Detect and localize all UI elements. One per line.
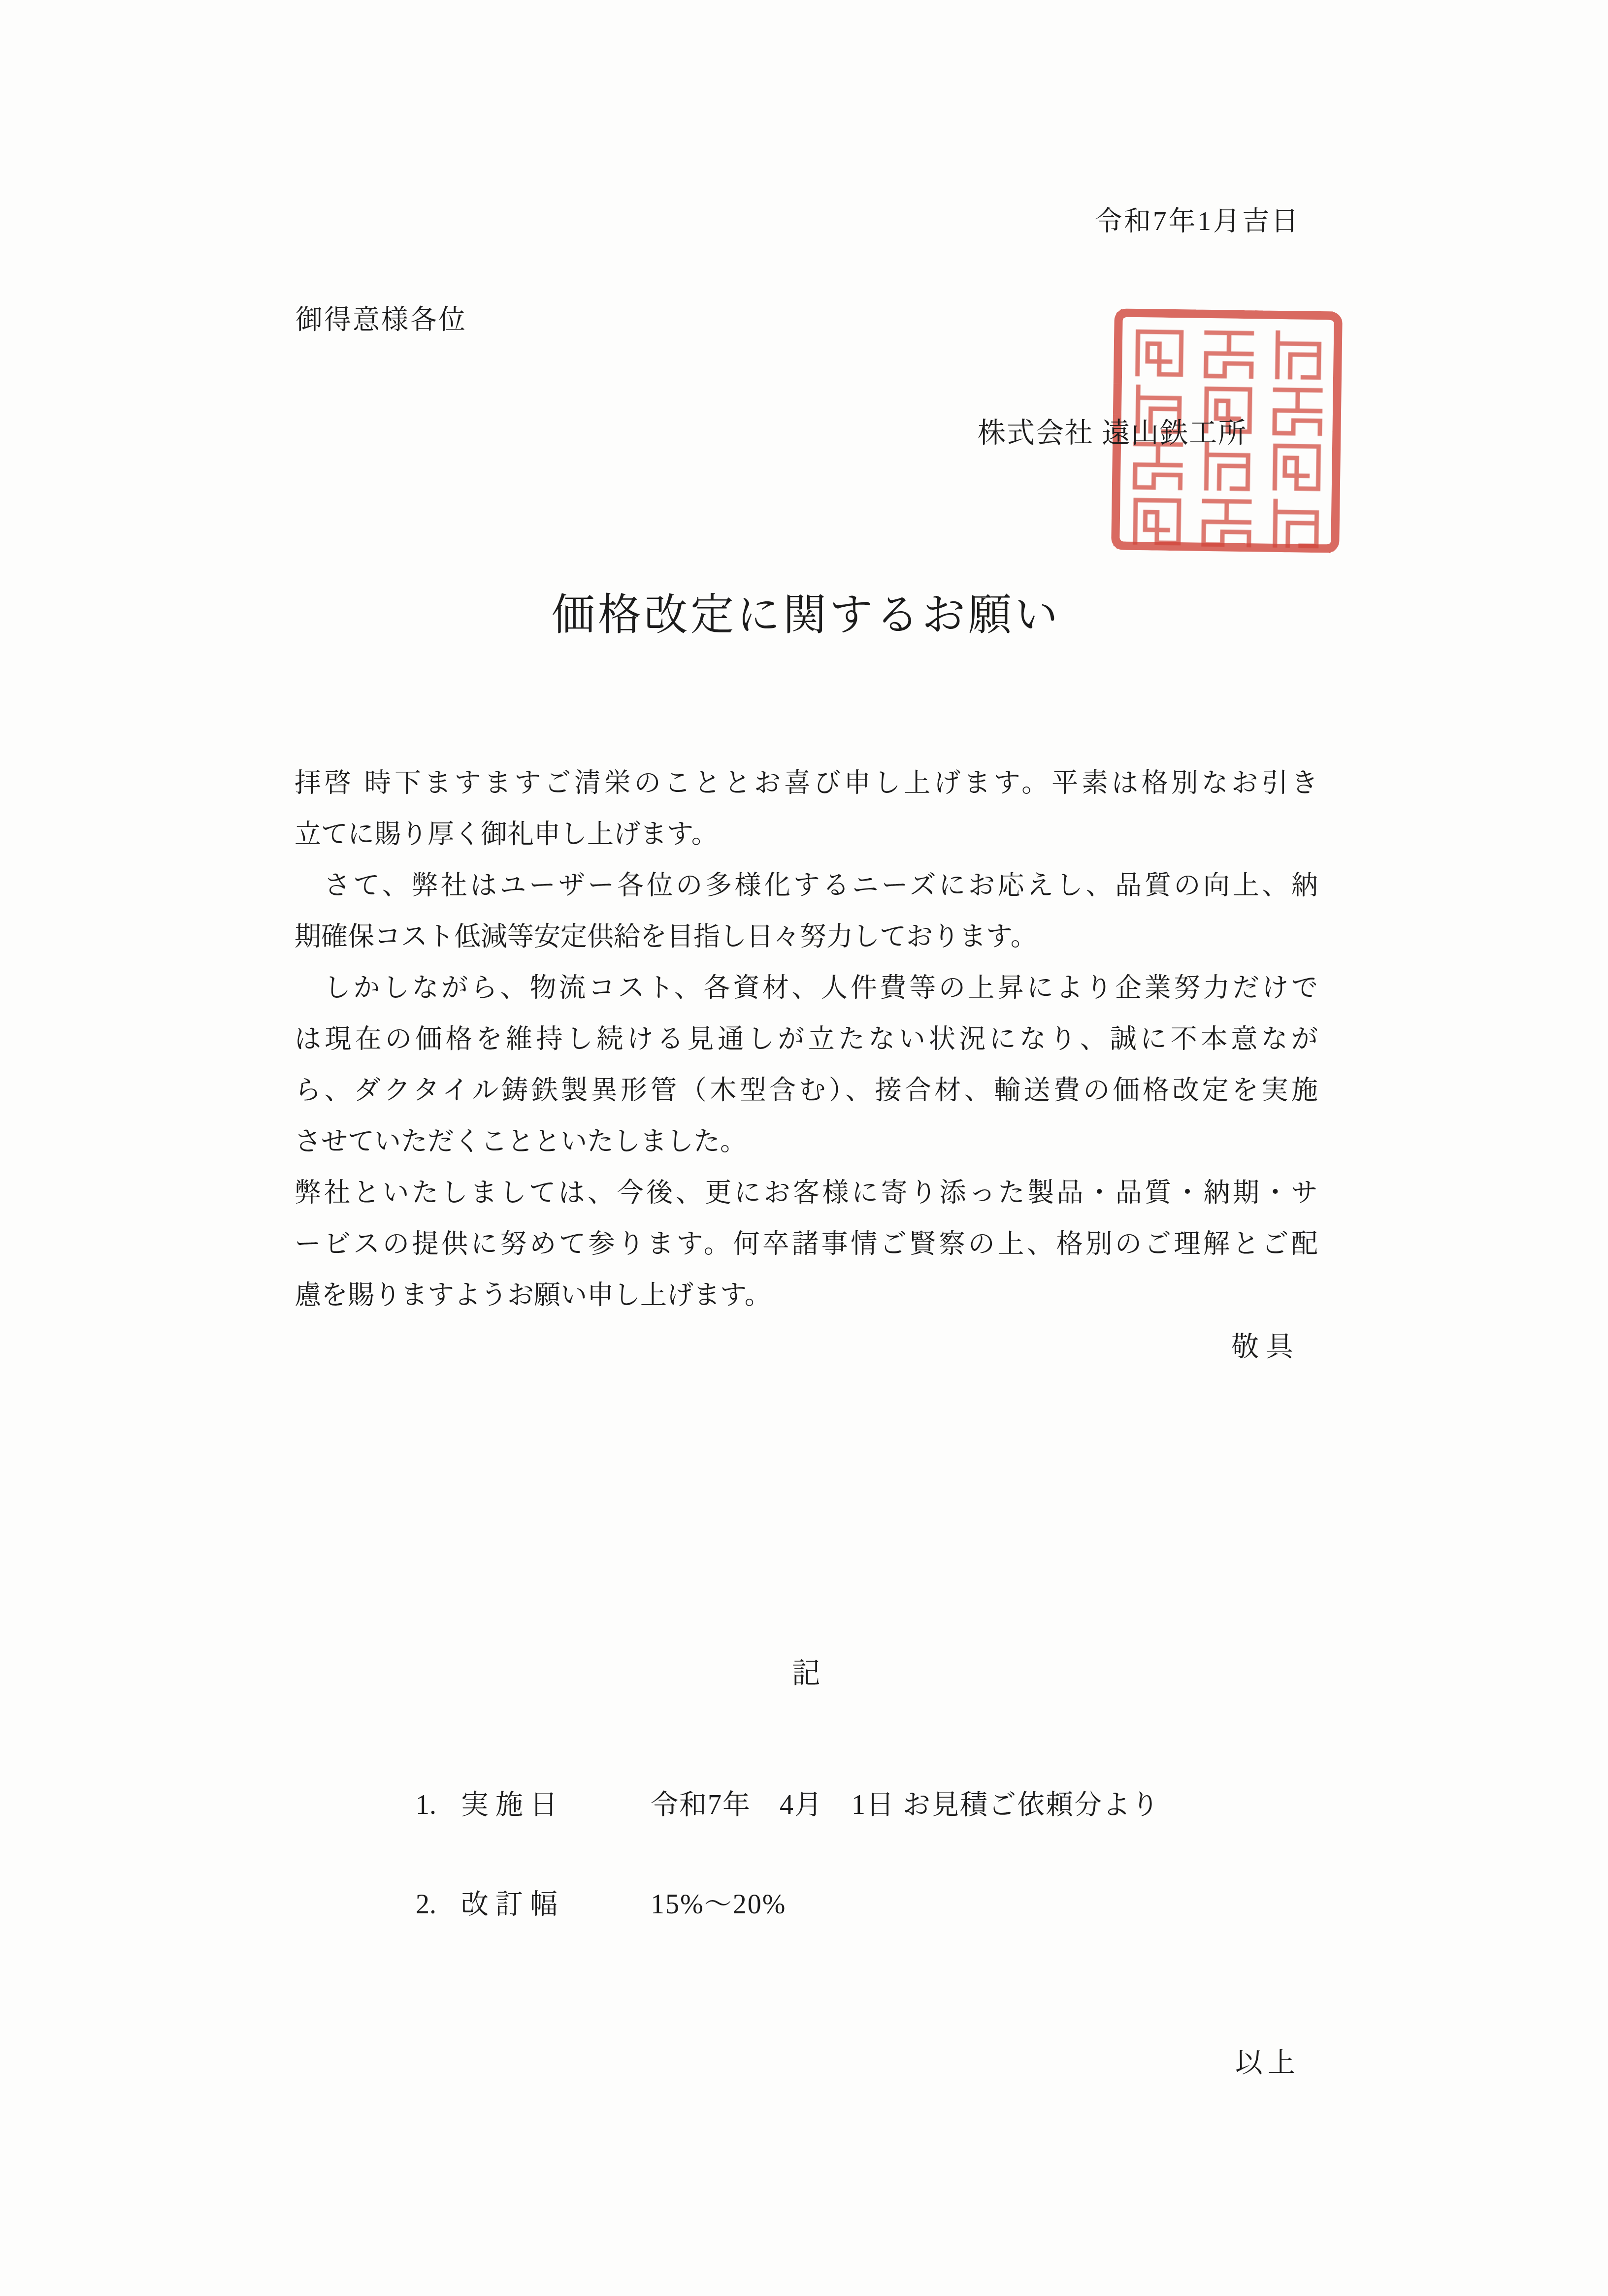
end-marker: 以上 xyxy=(1235,2041,1300,2080)
body-line: ら、ダクタイル鋳鉄製異形管（木型含む）、接合材、輸送費の価格改定を実施 xyxy=(295,1065,1318,1116)
document-title: 価格改定に関するお願い xyxy=(295,580,1318,642)
body-line: は現在の価格を維持し続ける見通しが立たない状況になり、誠に不本意なが xyxy=(295,1014,1318,1065)
item-number: 2. xyxy=(416,1889,461,1920)
body-line: させていただくことといたしました。 xyxy=(295,1116,1318,1167)
body-text: 拝啓 時下ますますご清栄のこととお喜び申し上げます。平素は格別なお引き 立てに賜… xyxy=(295,757,1318,1321)
item-number: 1. xyxy=(416,1789,461,1821)
body-line: 期確保コスト低減等安定供給を目指し日々努力しております。 xyxy=(295,911,1318,962)
body-line: ービスの提供に努めて参ります。何卒諸事情ご賢察の上、格別のご理解とご配 xyxy=(295,1218,1318,1270)
addressee: 御得意様各位 xyxy=(295,297,467,336)
record-marker: 記 xyxy=(295,1650,1318,1691)
item-label: 実施日 xyxy=(461,1783,633,1822)
body-line: 拝啓 時下ますますご清栄のこととお喜び申し上げます。平素は格別なお引き xyxy=(295,757,1318,809)
body-line: 弊社といたしましては、今後、更にお客様に寄り添った製品・品質・納期・サ xyxy=(295,1167,1318,1218)
letter-page: 令和7年1月吉日 御得意様各位 株 xyxy=(0,0,1608,2296)
item-label: 改訂幅 xyxy=(461,1882,633,1922)
body-line: しかしながら、物流コスト、各資材、人件費等の上昇により企業努力だけで xyxy=(295,962,1318,1014)
body-line: 慮を賜りますようお願い申し上げます。 xyxy=(295,1270,1318,1321)
list-item-implementation-date: 1.実施日令和7年 4月 1日 お見積ご依頼分より xyxy=(388,1751,1160,1854)
closing-keigu: 敬具 xyxy=(1231,1325,1300,1364)
item-value: 15%～20% xyxy=(651,1882,786,1922)
body-line: 立てに賜り厚く御礼申し上げます。 xyxy=(295,809,1318,860)
item-value: 令和7年 4月 1日 お見積ご依頼分より xyxy=(651,1783,1160,1822)
list-item-revision-range: 2.改訂幅15%～20% xyxy=(388,1851,786,1953)
document-date: 令和7年1月吉日 xyxy=(1095,199,1300,238)
sender-company-name: 株式会社 遠山鉄工所 xyxy=(978,410,1247,451)
body-line: さて、弊社はユーザー各位の多様化するニーズにお応えし、品質の向上、納 xyxy=(295,860,1318,911)
